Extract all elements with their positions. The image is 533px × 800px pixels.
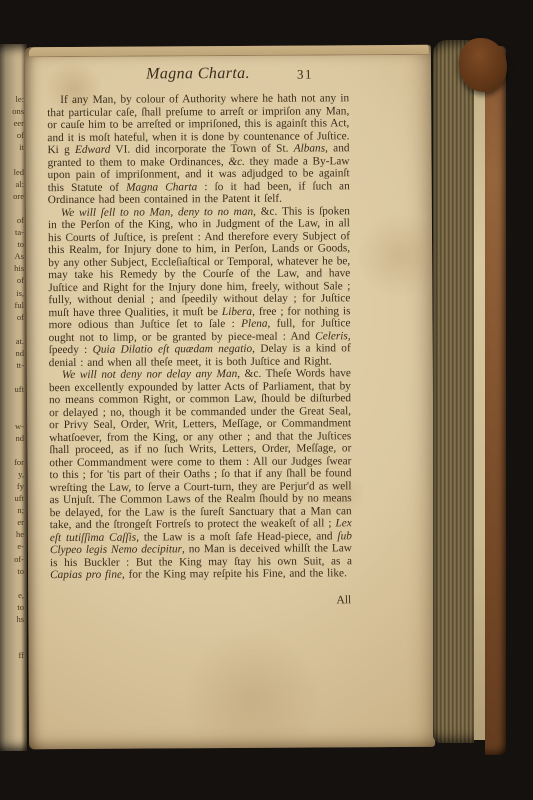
facing-page-fragment: it: [0, 141, 24, 153]
page-header: Magna Charta. 31: [47, 64, 349, 88]
facing-page-fragment: ore: [0, 190, 24, 202]
facing-page-fragment: n;: [0, 504, 24, 516]
facing-page-fragment: of: [0, 129, 24, 141]
paragraph: If any Man, by colour of Authority where…: [47, 92, 350, 206]
facing-page-fragment: nd: [0, 432, 24, 444]
facing-page-fragment: is,: [0, 287, 24, 299]
book-photo-stage: le:onseerofitledal:oreofta-toAshisofis,f…: [0, 0, 533, 800]
flyleaf-edge: [474, 54, 485, 740]
book-page: Magna Charta. 31 If any Man, by colour o…: [25, 45, 435, 749]
page-top-edge: [29, 45, 429, 57]
facing-page-fragment: led: [0, 166, 24, 178]
facing-page-fragment: [0, 202, 24, 214]
facing-page-fragment: er: [0, 516, 24, 528]
facing-page-fragment: [0, 637, 24, 649]
facing-page-fragment: eer: [0, 117, 24, 129]
facing-page-fragment: [0, 577, 24, 589]
facing-page-fragment: his: [0, 262, 24, 274]
facing-page-fragment: y,: [0, 468, 24, 480]
facing-page-fragment: le:: [0, 93, 24, 105]
facing-page-fragment: uft: [0, 383, 24, 395]
facing-page-fragment: at.: [0, 335, 24, 347]
facing-page-fragment: uft: [0, 492, 24, 504]
facing-page-fragment: As: [0, 250, 24, 262]
facing-page-fragment: to: [0, 565, 24, 577]
page-number: 31: [297, 66, 313, 82]
facing-page-fragment: of: [0, 214, 24, 226]
facing-page-fragment: [0, 323, 24, 335]
paragraph: We will not deny nor delay any Man, &c. …: [49, 367, 352, 581]
facing-page-fragment: for: [0, 456, 24, 468]
facing-page-fragment: [0, 153, 24, 165]
running-title: Magna Charta.: [146, 65, 250, 84]
facing-page-fragment: ons: [0, 105, 24, 117]
paragraph: We will ſell to no Man, deny to no man, …: [48, 205, 351, 369]
book-cover-edge: [485, 46, 506, 755]
facing-page-fragment: [0, 625, 24, 637]
facing-page-fragment: [0, 444, 24, 456]
facing-page-fragment: e-: [0, 540, 24, 552]
text-block: If any Man, by colour of Authority where…: [47, 92, 352, 608]
facing-page-fragment: [0, 371, 24, 383]
facing-page-fragment: ff: [0, 649, 24, 661]
facing-page-fragment: he: [0, 528, 24, 540]
facing-page-fragment: of: [0, 311, 24, 323]
book-fore-edge: [433, 40, 474, 743]
facing-page-fragment: e,: [0, 589, 24, 601]
facing-page-fragment: tt-: [0, 359, 24, 371]
facing-page-fragment: w-: [0, 420, 24, 432]
facing-page-fragment: ta-: [0, 226, 24, 238]
facing-page-fragment: to: [0, 601, 24, 613]
facing-page-fragment: ful: [0, 299, 24, 311]
facing-page-fragment: nd: [0, 347, 24, 359]
facing-page-fragment: to: [0, 238, 24, 250]
facing-page-fragment: of-: [0, 553, 24, 565]
catchword: All: [50, 594, 352, 608]
facing-page-fragment: hs: [0, 613, 24, 625]
facing-page-fragment: [0, 407, 24, 419]
facing-page-fragment: of: [0, 274, 24, 286]
facing-page-fragment: al:: [0, 178, 24, 190]
facing-page-edge: le:onseerofitledal:oreofta-toAshisofis,f…: [0, 44, 27, 751]
cover-tear-top: [459, 38, 507, 92]
facing-page-fragment: [0, 395, 24, 407]
facing-page-fragment: fy: [0, 480, 24, 492]
